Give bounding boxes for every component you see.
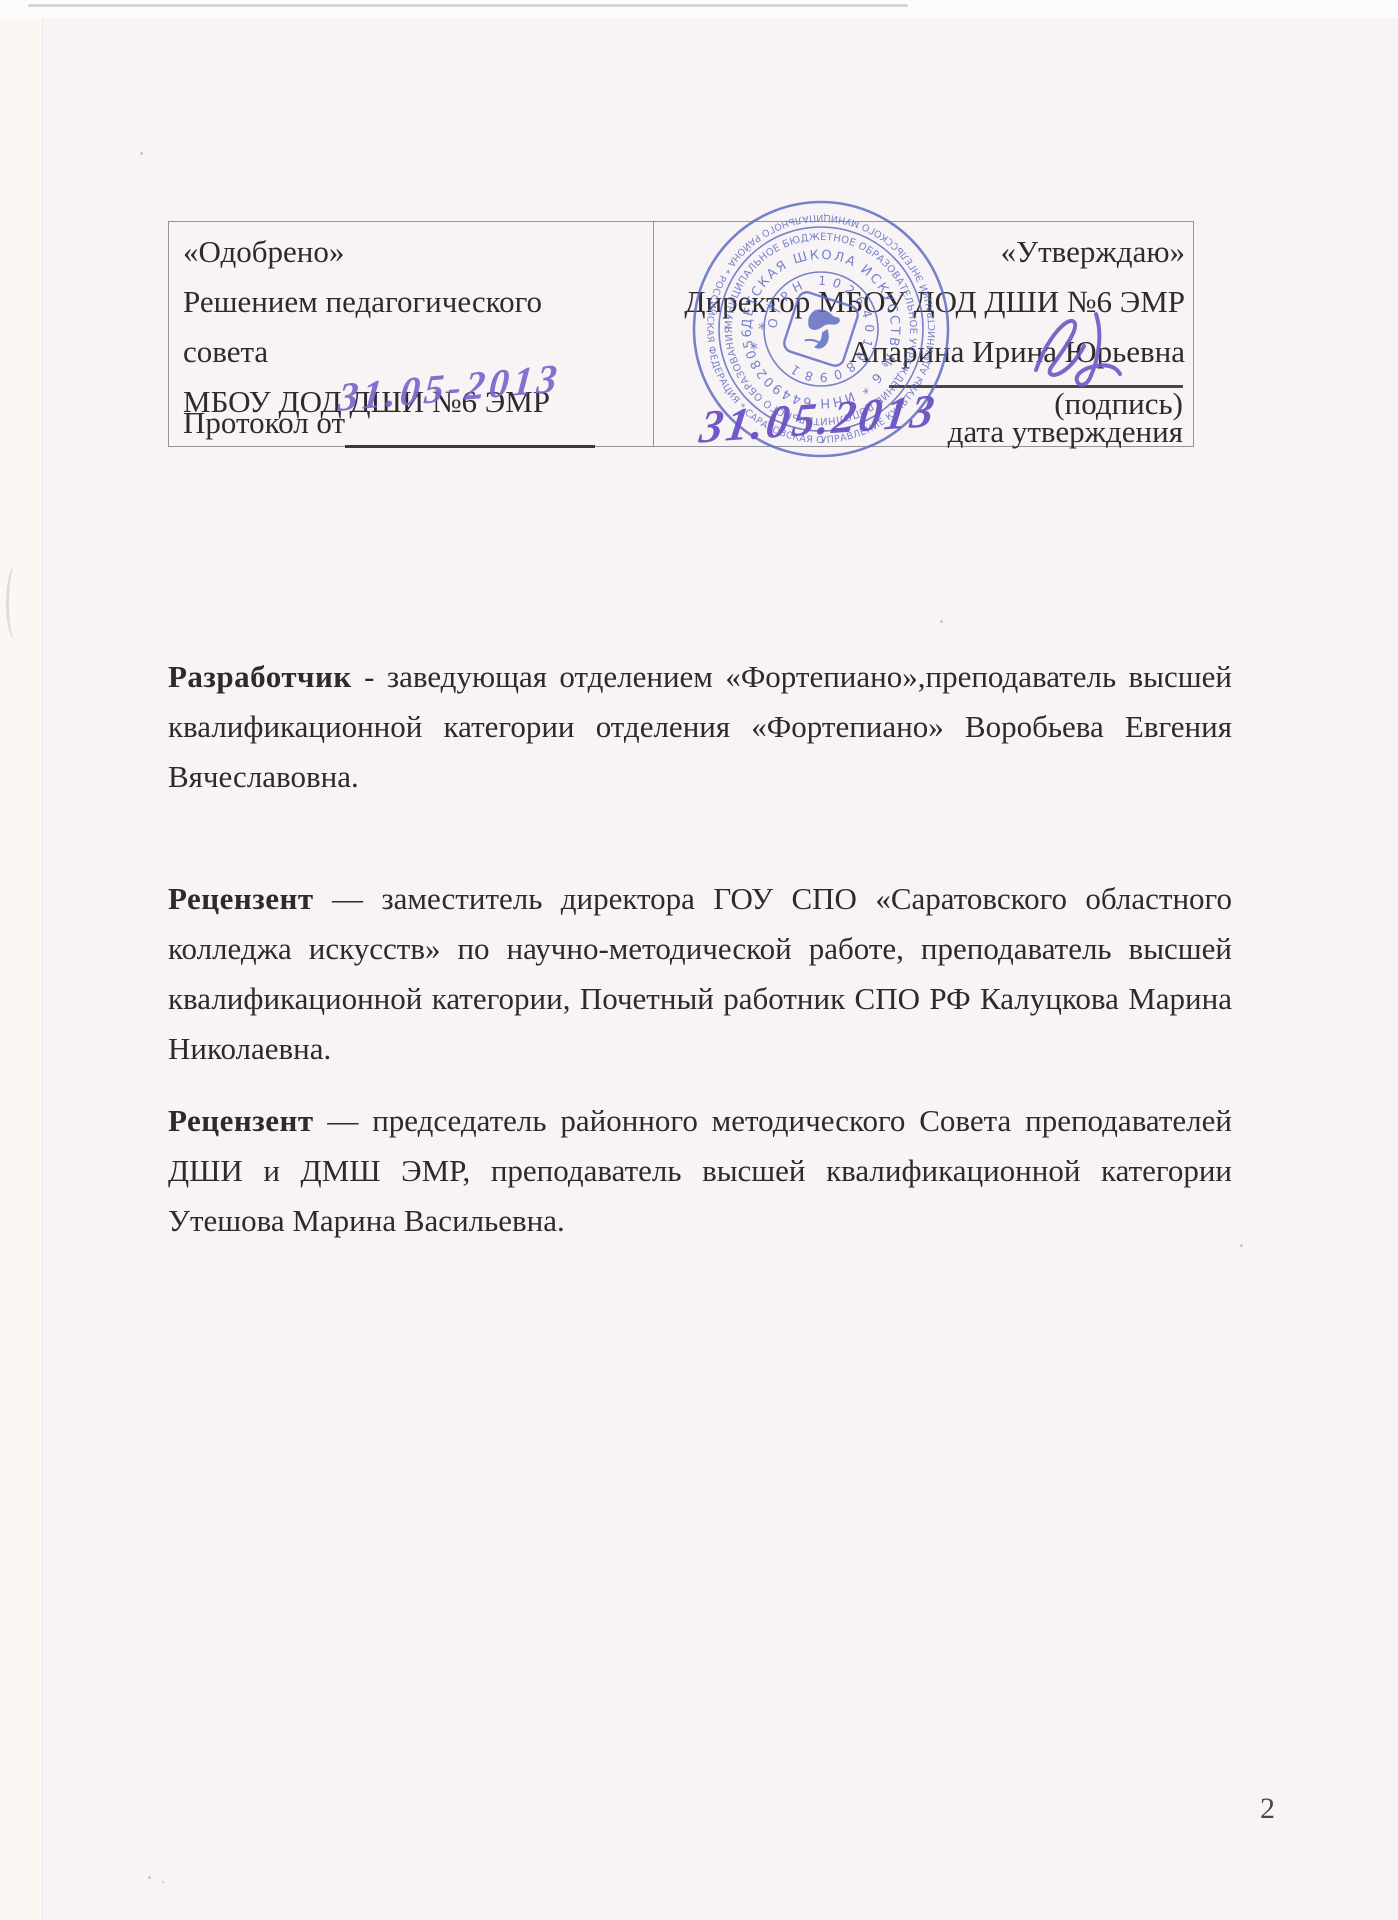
- paragraph-reviewer-1-text: — заместитель директора ГОУ СПО «Саратов…: [168, 881, 1232, 1066]
- scan-speck: [940, 620, 943, 623]
- scan-edge-top: [0, 0, 1398, 18]
- protocol-label: Протокол от: [183, 405, 345, 440]
- director-signature: [1020, 306, 1170, 392]
- paragraph-developer: Разработчик - заведующая отделением «Фор…: [168, 652, 1232, 802]
- paragraph-developer-lead: Разработчик: [168, 659, 352, 694]
- paragraph-reviewer-2-lead: Рецензент: [168, 1103, 314, 1138]
- scan-edge-shadow: [28, 4, 908, 7]
- scan-speck: [1240, 1244, 1243, 1247]
- table-column-divider: [653, 222, 654, 446]
- paragraph-reviewer-1: Рецензент — заместитель директора ГОУ СП…: [168, 874, 1232, 1074]
- page-number: 2: [1260, 1792, 1275, 1826]
- approved-title: «Одобрено»: [183, 227, 633, 277]
- stamp-inner-circle: [764, 272, 878, 386]
- scan-speck: [148, 1876, 151, 1879]
- scan-speck: [140, 152, 143, 155]
- scan-artifact-curve: [6, 566, 25, 640]
- stamp-star-icon: *: [758, 319, 766, 338]
- stamp-ogrn-text: ОГРН 1026401980981: [765, 273, 878, 385]
- paragraph-reviewer-1-lead: Рецензент: [168, 881, 314, 916]
- scan-edge-left: [0, 0, 43, 1920]
- approved-by-line: Решением педагогического совета: [183, 277, 633, 377]
- paragraph-reviewer-2: Рецензент — председатель районного метод…: [168, 1096, 1232, 1246]
- stamp-coat-of-arms: [782, 290, 860, 368]
- scan-speck: [162, 1881, 164, 1883]
- paragraph-reviewer-2-text: — председатель районного методического С…: [168, 1103, 1232, 1238]
- stamp-star-icon: *: [750, 339, 758, 358]
- scanned-document-page: «Одобрено» Решением педагогического сове…: [0, 0, 1398, 1920]
- stamp-star-icon: *: [766, 299, 774, 318]
